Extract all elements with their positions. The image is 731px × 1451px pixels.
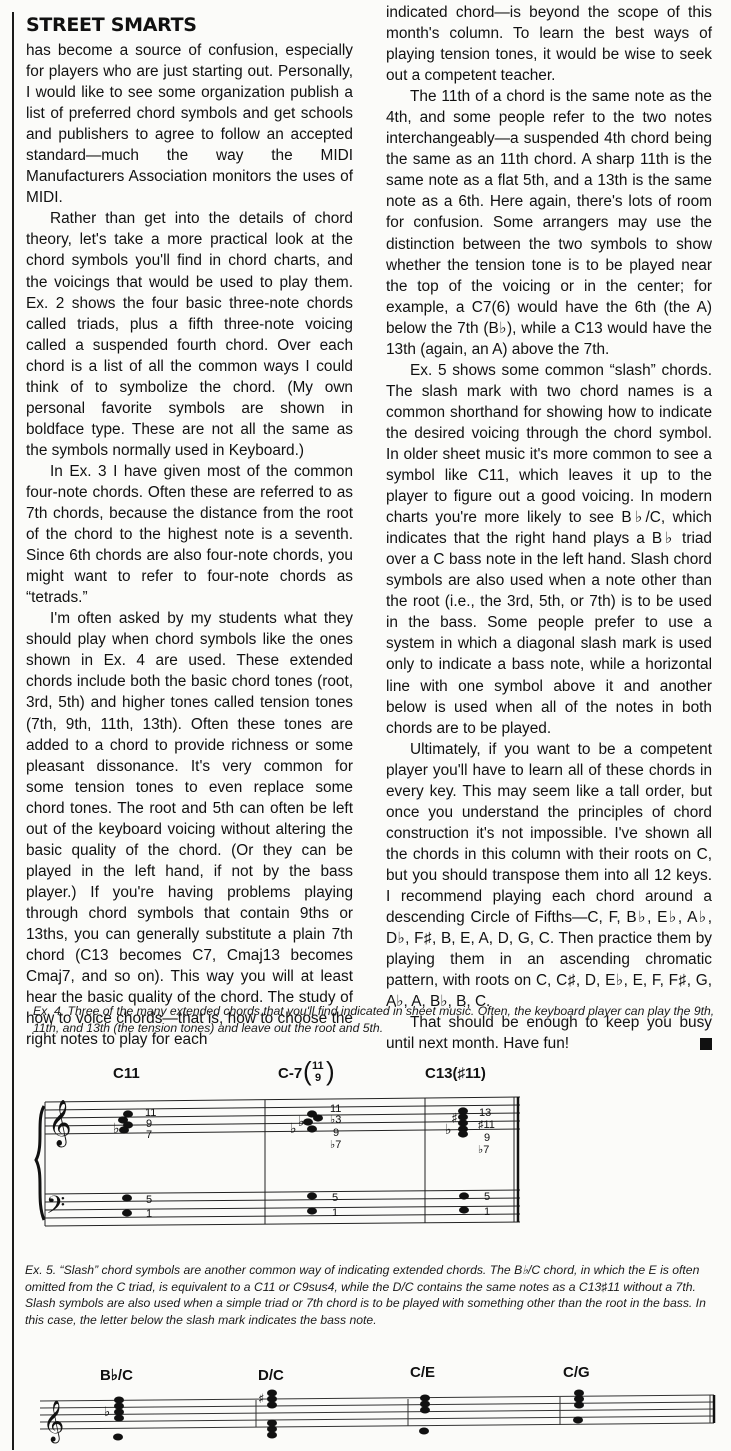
chord-symbol: C/G: [563, 1364, 590, 1381]
interval-label: ♭7: [478, 1144, 489, 1156]
interval-label: 5: [332, 1192, 338, 1204]
interval-label: 5: [484, 1191, 490, 1203]
article-column-left: has become a source of confusion, especi…: [26, 40, 353, 1050]
chord-symbol-upper: 11: [312, 1060, 324, 1072]
interval-label: ♭7: [330, 1139, 341, 1151]
paragraph: The 11th of a chord is the same note as …: [386, 86, 712, 360]
treble-clef-icon: 𝄞: [43, 1400, 64, 1443]
paragraph: indicated chord—is beyond the scope of t…: [386, 2, 712, 86]
interval-label: ♯11: [478, 1119, 495, 1131]
interval-label: 7: [146, 1129, 152, 1141]
svg-text:♯: ♯: [258, 1392, 264, 1407]
interval-label: 13: [479, 1107, 491, 1119]
svg-text:♯: ♯: [451, 1111, 458, 1127]
paragraph: Ultimately, if you want to be a competen…: [386, 739, 712, 1013]
svg-text:♭: ♭: [290, 1121, 297, 1137]
svg-text:♭: ♭: [113, 1121, 120, 1137]
interval-label: 1: [146, 1208, 152, 1220]
chord-symbol: D/C: [258, 1367, 284, 1384]
interval-label: ♭3: [330, 1114, 341, 1126]
interval-label: 1: [484, 1206, 490, 1218]
ex4-caption: Ex. 4. Three of the many extended chords…: [33, 1003, 723, 1036]
interval-label: 1: [332, 1207, 338, 1219]
paragraph: In Ex. 3 I have given most of the common…: [26, 461, 353, 608]
paragraph: Ex. 5 shows some common “slash” chords. …: [386, 360, 712, 739]
chord-symbol: C/E: [410, 1364, 435, 1381]
interval-label: 9: [333, 1127, 339, 1139]
svg-text:♭: ♭: [104, 1405, 110, 1420]
chord-symbol: C13(♯11): [425, 1065, 486, 1082]
chord-symbol-lower: 9: [315, 1072, 321, 1084]
paragraph: has become a source of confusion, especi…: [26, 40, 353, 208]
paragraph: I'm often asked by my students what they…: [26, 608, 353, 1050]
chord-symbol: C-7: [278, 1065, 302, 1082]
svg-text:♭: ♭: [298, 1114, 305, 1130]
treble-clef-icon: 𝄞: [48, 1100, 72, 1148]
article-column-right: indicated chord—is beyond the scope of t…: [386, 2, 712, 1054]
bass-clef-icon: 𝄢: [46, 1191, 65, 1226]
end-of-article-icon: [700, 1038, 712, 1050]
svg-text:): ): [326, 1056, 335, 1086]
ex5-music-staff: B♭/C D/C C/E C/G 𝄞 ♭ ♯: [0, 1355, 731, 1451]
paragraph: Rather than get into the details of chor…: [26, 208, 353, 461]
ex4-music-staff: C11 C-7 ( 11 9 ) C13(♯11) 𝄞 𝄢 ♭ 11 9 7 5…: [0, 1050, 731, 1240]
interval-label: 9: [484, 1132, 490, 1144]
chord-symbol: B♭/C: [100, 1367, 133, 1384]
svg-text:(: (: [303, 1056, 312, 1086]
ex5-caption: Ex. 5. “Slash” chord symbols are another…: [25, 1262, 725, 1328]
interval-label: 5: [146, 1194, 152, 1206]
chord-symbol: C11: [113, 1065, 140, 1082]
page-title: STREET SMARTS: [26, 14, 197, 36]
